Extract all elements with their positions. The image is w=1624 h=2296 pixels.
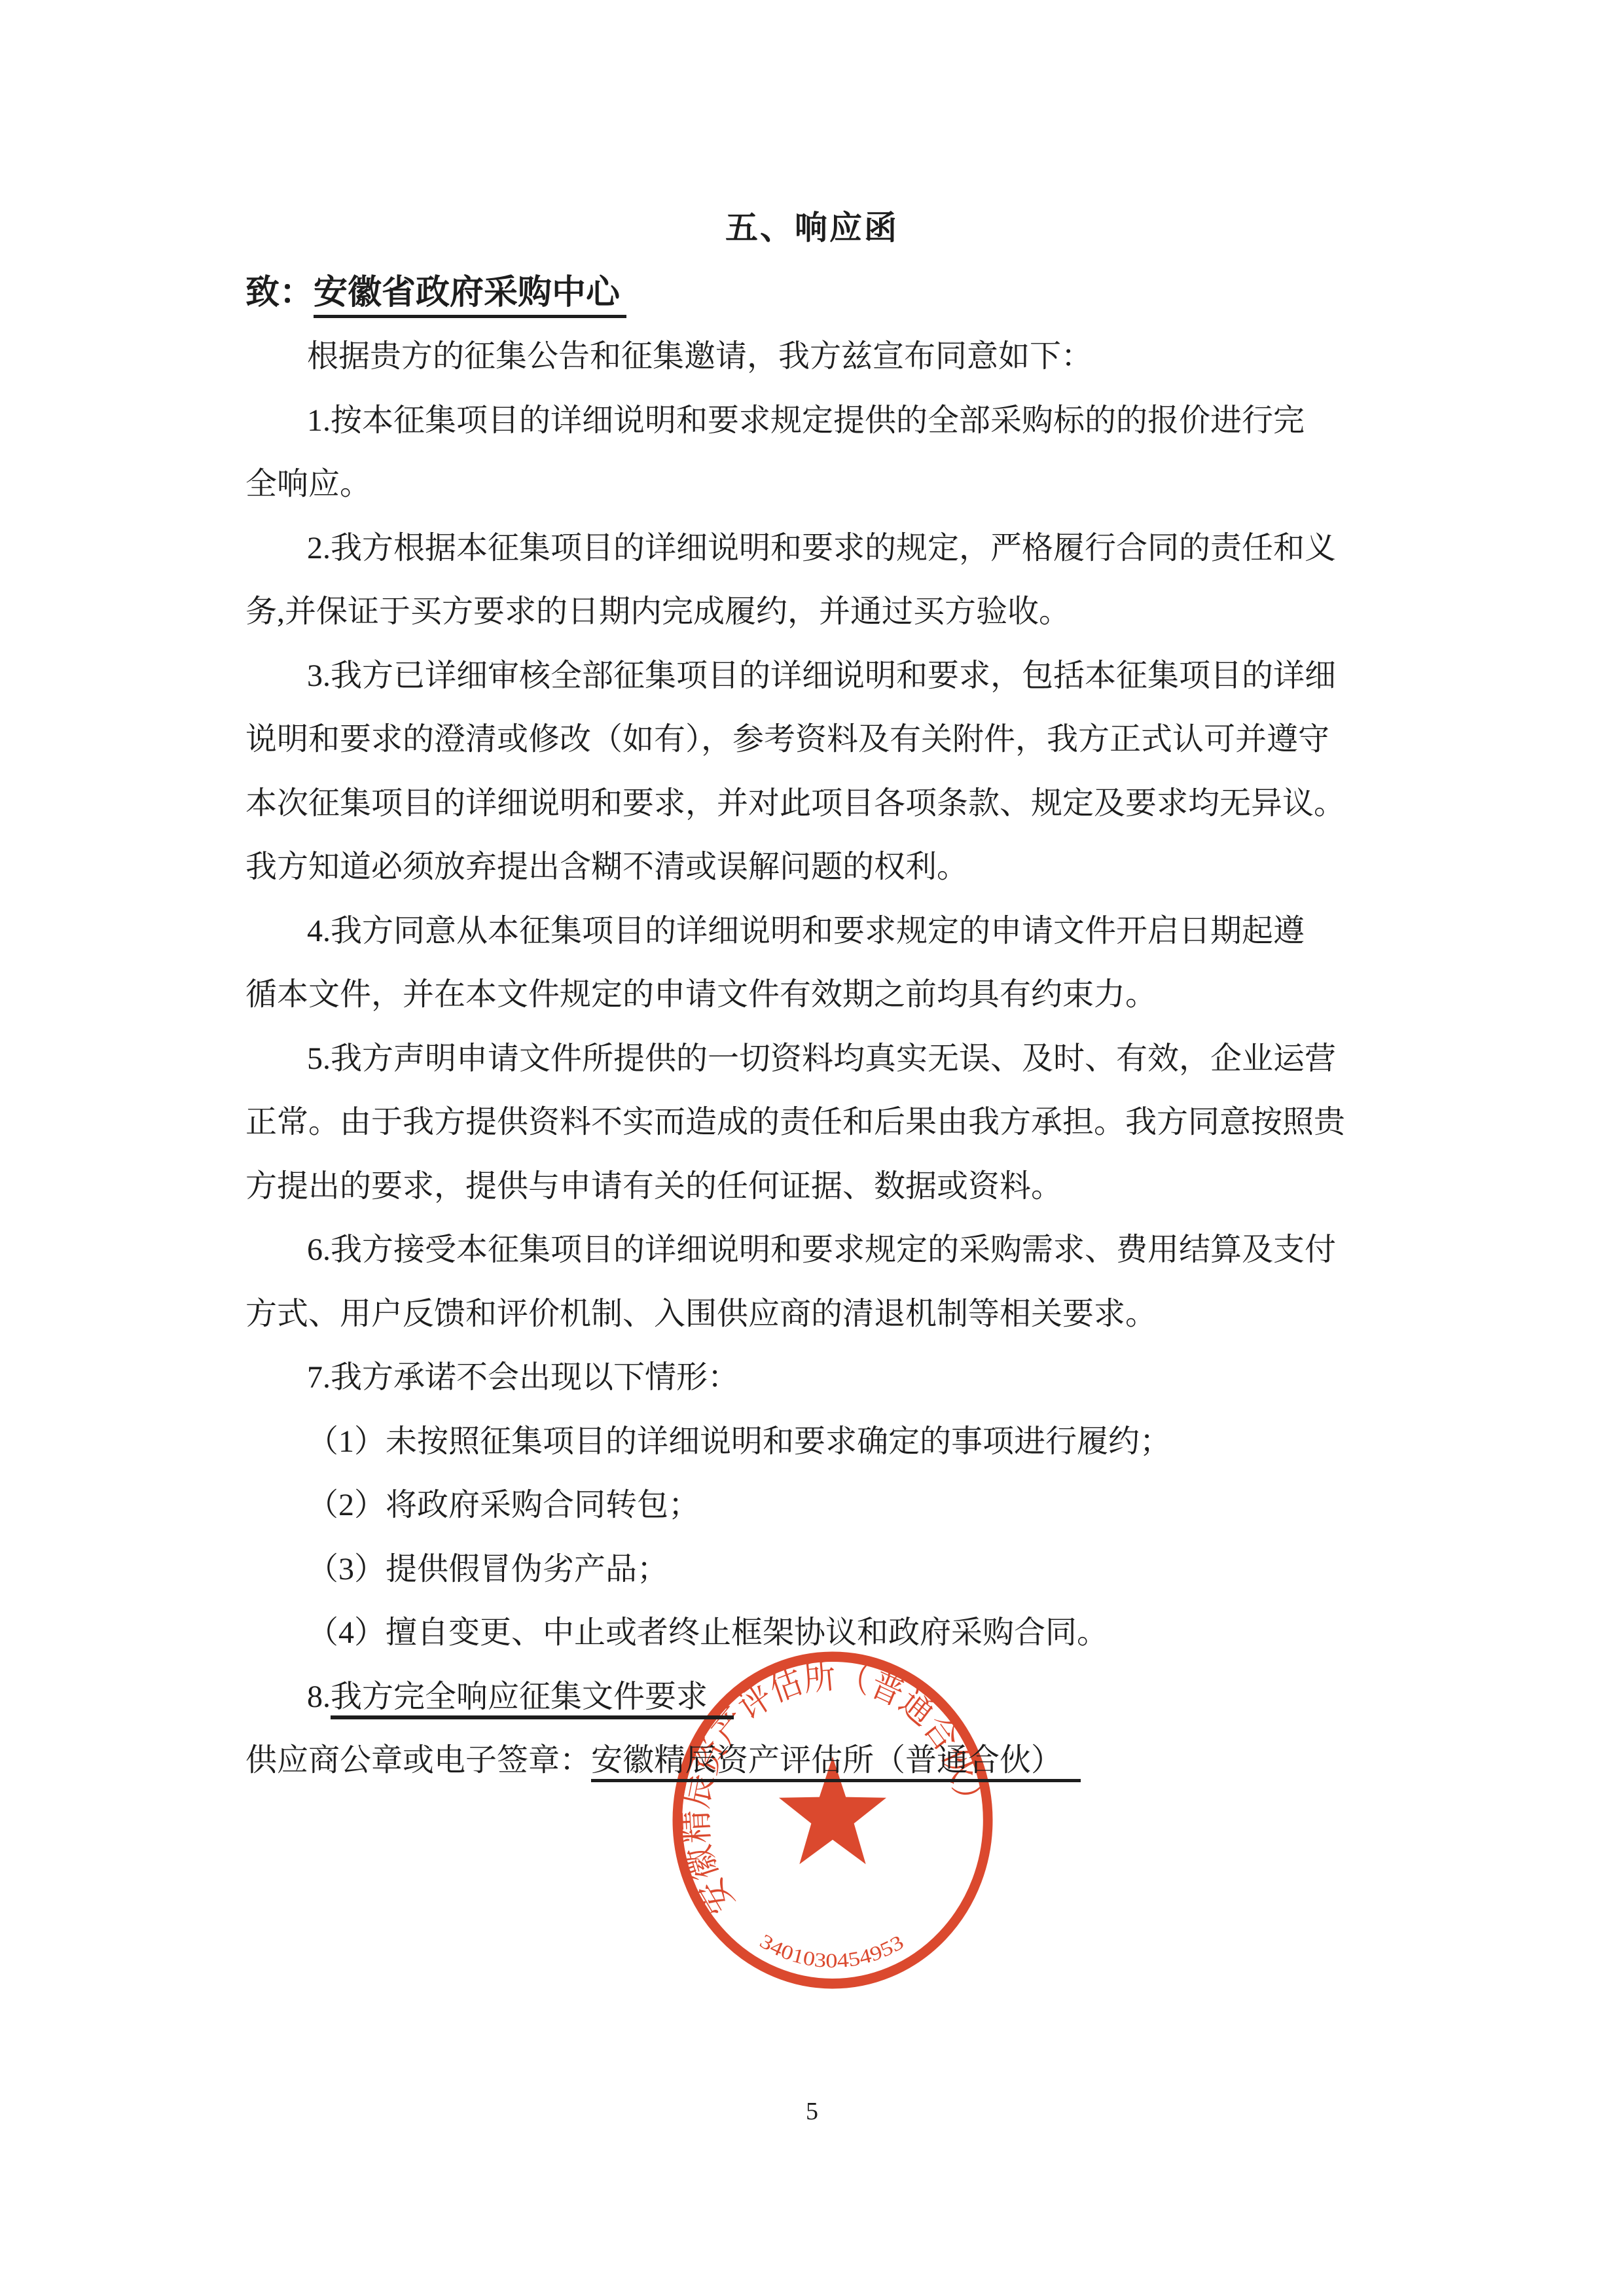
supplier-label: 供应商公章或电子签章： bbox=[245, 1743, 591, 1778]
body-line: （3）提供假冒伪劣产品； bbox=[245, 1537, 1424, 1602]
body-line: 3.我方已详细审核全部征集项目的详细说明和要求，包括本征集项目的详细 bbox=[245, 644, 1424, 708]
body-line: 本次征集项目的详细说明和要求，并对此项目各项条款、规定及要求均无异议。 bbox=[245, 772, 1424, 836]
body-line: （4）擅自变更、中止或者终止框架协议和政府采购合同。 bbox=[245, 1601, 1424, 1665]
recipient-name-underlined: 安徽省政府采购中心 bbox=[314, 274, 626, 318]
supplier-signature-line: 供应商公章或电子签章：安徽精辰资产评估所（普通合伙） bbox=[245, 1729, 1424, 1793]
body-line: 方式、用户反馈和评价机制、入围供应商的清退机制等相关要求。 bbox=[245, 1282, 1424, 1346]
body-line: （2）将政府采购合同转包； bbox=[245, 1473, 1424, 1537]
body-line: 说明和要求的澄清或修改（如有），参考资料及有关附件，我方正式认可并遵守 bbox=[245, 708, 1424, 772]
body-line: 根据贵方的征集公告和征集邀请，我方兹宣布同意如下： bbox=[245, 325, 1424, 389]
document-page: 五、响应函 致：安徽省政府采购中心 根据贵方的征集公告和征集邀请，我方兹宣布同意… bbox=[0, 0, 1624, 2296]
body-line: 4.我方同意从本征集项目的详细说明和要求规定的申请文件开启日期起遵 bbox=[245, 899, 1424, 963]
body-line: 7.我方承诺不会出现以下情形： bbox=[245, 1346, 1424, 1410]
document-body: 根据贵方的征集公告和征集邀请，我方兹宣布同意如下： 1.按本征集项目的详细说明和… bbox=[245, 325, 1424, 1793]
item8-number: 8. bbox=[307, 1679, 331, 1714]
body-line: （1）未按照征集项目的详细说明和要求确定的事项进行履约； bbox=[245, 1410, 1424, 1474]
document-title: 五、响应函 bbox=[0, 209, 1624, 246]
supplier-name-underlined: 安徽精辰资产评估所（普通合伙） bbox=[591, 1743, 1081, 1782]
recipient-prefix: 致： bbox=[245, 274, 314, 312]
item8-line: 8.我方完全响应征集文件要求 bbox=[245, 1665, 1424, 1729]
body-line: 全响应。 bbox=[245, 452, 1424, 516]
body-line: 2.我方根据本征集项目的详细说明和要求的规定，严格履行合同的责任和义 bbox=[245, 516, 1424, 581]
body-line: 6.我方接受本征集项目的详细说明和要求规定的采购需求、费用结算及支付 bbox=[245, 1218, 1424, 1282]
body-line: 方提出的要求，提供与申请有关的任何证据、数据或资料。 bbox=[245, 1155, 1424, 1219]
body-line: 正常。由于我方提供资料不实而造成的责任和后果由我方承担。我方同意按照贵 bbox=[245, 1090, 1424, 1155]
seal-number-arc-text: 3401030454953 bbox=[756, 1929, 907, 1972]
recipient-line: 致：安徽省政府采购中心 bbox=[245, 274, 626, 318]
body-line: 1.按本征集项目的详细说明和要求规定提供的全部采购标的的报价进行完 bbox=[245, 389, 1424, 453]
body-line: 5.我方声明申请文件所提供的一切资料均真实无误、及时、有效，企业运营 bbox=[245, 1027, 1424, 1091]
body-line: 我方知道必须放弃提出含糊不清或误解问题的权利。 bbox=[245, 835, 1424, 899]
page-number: 5 bbox=[0, 2097, 1624, 2126]
body-line: 务,并保证于买方要求的日期内完成履约，并通过买方验收。 bbox=[245, 580, 1424, 644]
body-line: 循本文件，并在本文件规定的申请文件有效期之前均具有约束力。 bbox=[245, 963, 1424, 1027]
item8-text-underlined: 我方完全响应征集文件要求 bbox=[331, 1679, 734, 1719]
